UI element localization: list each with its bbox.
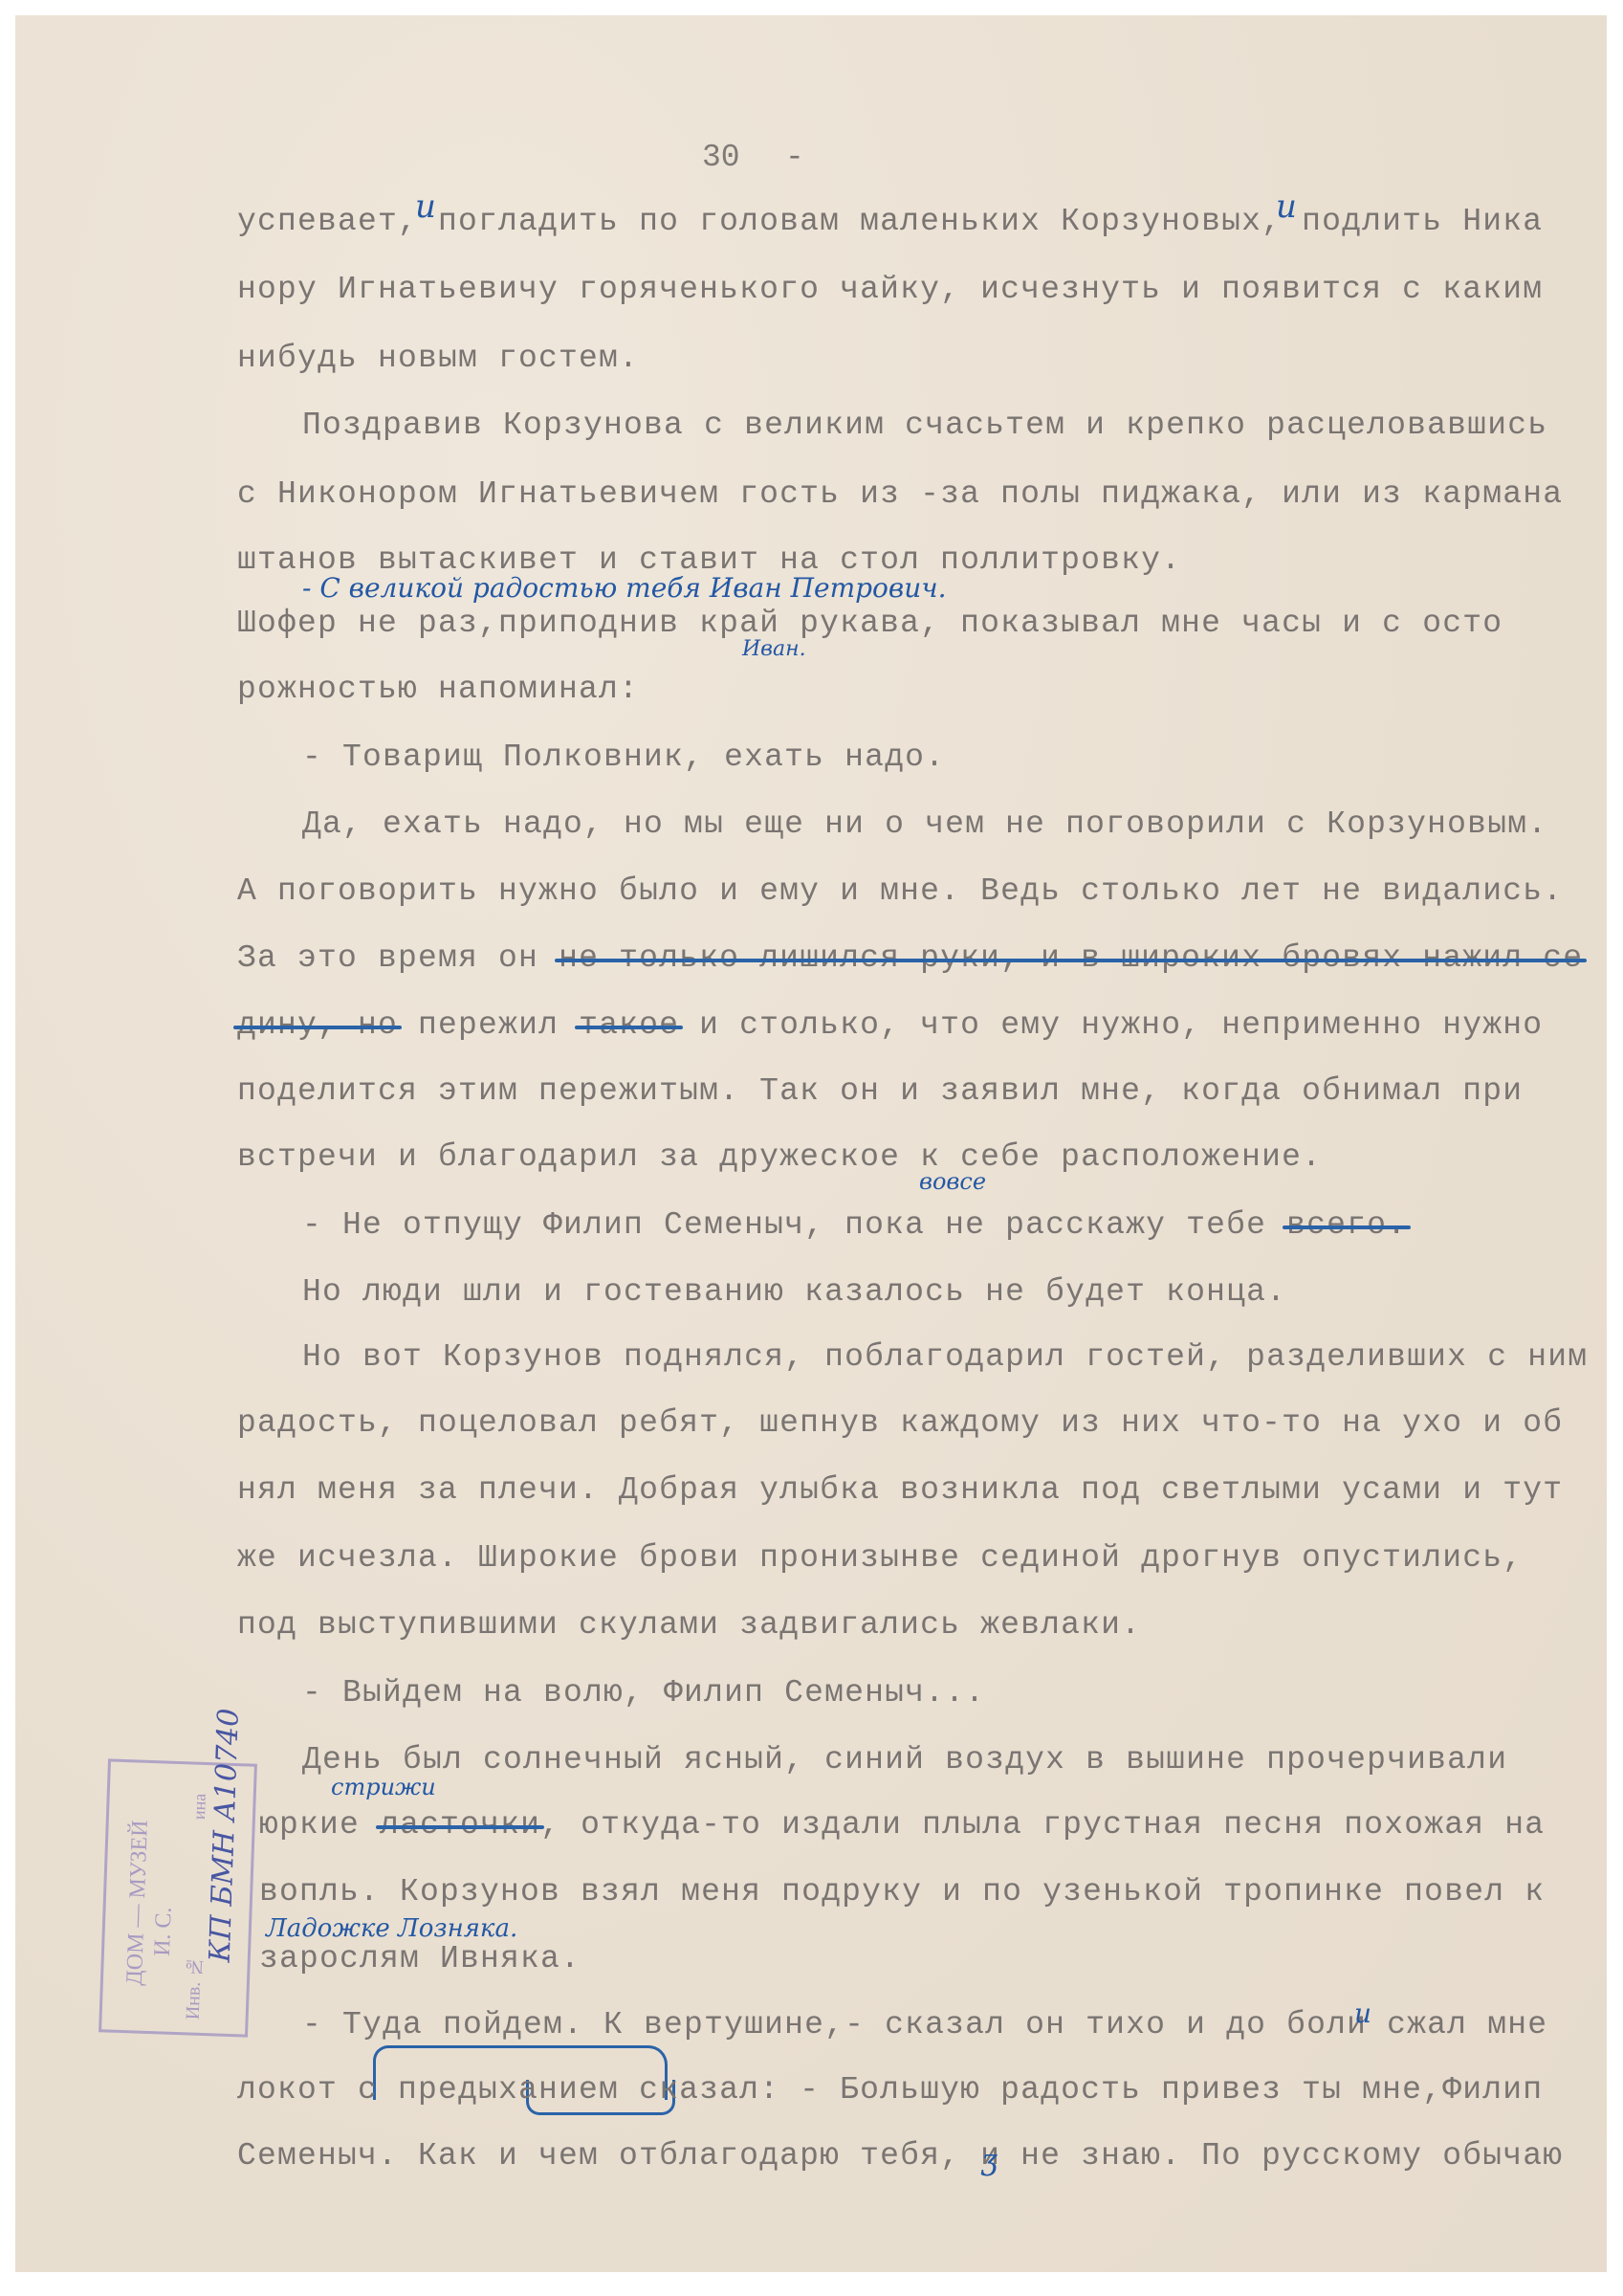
text-line: вопль. Корзунов взял меня подруку и по у… [259, 1874, 1545, 1910]
text-line: - Не отпущу Филип Семеныч, пока не расск… [302, 1207, 1407, 1243]
page-mark: - [785, 140, 805, 175]
text-line: нибудь новым гостем. [237, 341, 639, 376]
text-line: встречи и благодарил за дружеское к себе… [237, 1139, 1322, 1175]
text-line: Но вот Корзунов поднялся, поблагодарил г… [302, 1339, 1588, 1375]
struck-text: не только лишился руки, и в широких бров… [559, 940, 1583, 976]
struck-text: всего. [1286, 1207, 1407, 1243]
page-number: 30 [702, 140, 740, 175]
struck-text: дину, но [237, 1007, 398, 1043]
insertion-mark: и [415, 188, 436, 226]
stamp-line: ина [189, 1793, 210, 1820]
text-line: За это время он не только лишился руки, … [237, 940, 1583, 976]
text-fragment: - Не отпущу Филип Семеныч, пока не расск… [302, 1207, 1266, 1243]
text-line: День был солнечный ясный, синий воздух в… [302, 1742, 1507, 1777]
text-line: рожностью напоминал: [237, 672, 639, 707]
text-fragment: юркие [259, 1807, 360, 1843]
insertion-mark: и [1276, 188, 1297, 226]
text-line: Семеныч. Как и чем отблагодарю тебя, и н… [237, 2138, 1563, 2174]
text-line: зарослям Ивняка. [259, 1941, 581, 1976]
text-fragment: , откуда-то издали плыла грустная песня … [540, 1807, 1545, 1843]
handwritten-note: Иван. [742, 637, 806, 661]
text-line: дину, но пережил такое и столько, что ем… [237, 1007, 1543, 1043]
correction-mark: и [1354, 1998, 1371, 2029]
stamp-line: ДОМ — МУЗЕЙ [122, 1820, 154, 1986]
text-line: Шофер не раз,приподнив край рукава, пока… [237, 606, 1502, 641]
handwritten-dialogue-insert: - С великой радостью тебя Иван Петрович. [302, 572, 947, 604]
stamp-line: И. С. [150, 1907, 178, 1956]
text-fragment: пережил [418, 1007, 559, 1043]
stamp-inventory-number: КП БМН А10740 [204, 1708, 246, 1963]
text-line: локот с предыханием сказал: - Большую ра… [237, 2072, 1543, 2108]
text-line: - Выйдем на волю, Филип Семеныч... [302, 1675, 985, 1711]
text-line: Но люди шли и гостеванию казалось не буд… [302, 1274, 1286, 1310]
handwritten-insert: стрижи [331, 1774, 436, 1800]
struck-text: такое [579, 1007, 679, 1043]
text-line: - Товарищ Полковник, ехать надо. [302, 740, 945, 775]
stamp-line: Инв. № [183, 1955, 207, 2020]
handwritten-insert: вовсе [919, 1168, 986, 1195]
text-fragment: За это время он [237, 940, 538, 976]
text-line: Да, ехать надо, но мы еще ни о чем не по… [302, 806, 1547, 842]
text-line: нору Игнатьевичу горяченького чайку, исч… [237, 272, 1543, 307]
archive-stamp: ДОМ — МУЗЕЙ И. С. Инв. № ина КП БМН А107… [99, 1758, 257, 2037]
text-fragment: и столько, что ему нужно, неприменно нуж… [699, 1007, 1543, 1043]
text-line: А поговорить нужно было и ему и мне. Вед… [237, 873, 1563, 909]
handwritten-insert: Ладожке Лозняка. [266, 1914, 517, 1943]
text-line: с Никонором Игнатьевичем гость из -за по… [237, 476, 1563, 512]
struck-text: ласточки [380, 1807, 540, 1843]
document-page: 30 - успевает, погладить по головам мале… [15, 15, 1607, 2272]
text-line: под выступившими скулами задвигались жев… [237, 1607, 1141, 1643]
text-line: же исчезла. Широкие брови пронизынве сед… [237, 1540, 1523, 1576]
text-line: юркие ласточки, откуда-то издали плыла г… [259, 1807, 1545, 1843]
punctuation-mark: ʒ [981, 2144, 998, 2177]
text-line: поделится этим пережитым. Так он и заяви… [237, 1073, 1523, 1109]
text-line: нял меня за плечи. Добрая улыбка возникл… [237, 1472, 1563, 1508]
text-line: радость, поцеловал ребят, шепнув каждому… [237, 1405, 1563, 1441]
text-line: Поздравив Корзунова с великим счасьтем и… [302, 408, 1547, 443]
